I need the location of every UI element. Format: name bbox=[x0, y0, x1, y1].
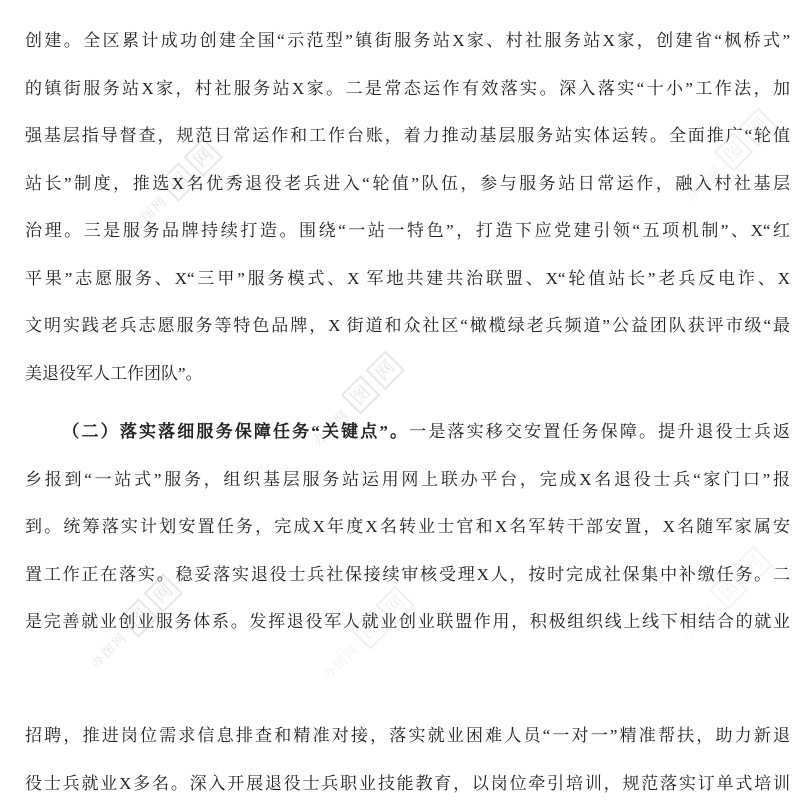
text-line: 是完善就业创业服务体系。发挥退役军人就业创业联盟作用，积极组织线上线下相结合的就… bbox=[25, 598, 790, 646]
paragraph-service-stations: 创建。全区累计成功创建全国“示范型”镇街服务站X家、村社服务站X家，创建省“枫桥… bbox=[25, 17, 790, 397]
section-heading-bold: （二）落实落细服务保障任务“关键点”。 bbox=[62, 422, 409, 441]
text-line: 美退役军人工作团队”。 bbox=[25, 350, 790, 398]
text-line: 役士兵就业X多名。深入开展退役士兵职业技能教育，以岗位牵引培训，规范落实订单式培… bbox=[25, 760, 790, 800]
text-line: 创建。全区累计成功创建全国“示范型”镇街服务站X家、村社服务站X家，创建省“枫桥… bbox=[25, 17, 790, 65]
text-line: 的镇街服务站X家，村社服务站X家。二是常态运作有效落实。深入落实“十小”工作法，… bbox=[25, 65, 790, 113]
text-line: 到。统筹落实计划安置任务，完成X年度X名转业士官和X名军转干部安置，X名随军家属… bbox=[25, 503, 790, 551]
paragraph-employment-continued: 招聘，推进岗位需求信息排查和精准对接，落实就业困难人员“一对一”精准帮扶，助力新… bbox=[25, 712, 790, 800]
text-line: 平果”志愿服务、X“三甲”服务模式、X 军地共建共治联盟、X“轮值站长”老兵反电… bbox=[25, 255, 790, 303]
text-line: 招聘，推进岗位需求信息排查和精准对接，落实就业困难人员“一对一”精准帮扶，助力新… bbox=[25, 712, 790, 760]
paragraph-service-guarantee: （二）落实落细服务保障任务“关键点”。一是落实移交安置任务保障。提升退役士兵返 … bbox=[25, 408, 790, 646]
text-line: 置工作正在落实。稳妥落实退役士兵社保接续审核受理X人，按时完成社保集中补缴任务。… bbox=[25, 551, 790, 599]
text-line: 文明实践老兵志愿服务等特色品牌，X 街道和众社区“橄榄绿老兵频道”公益团队获评市… bbox=[25, 302, 790, 350]
document-page: 创建。全区累计成功创建全国“示范型”镇街服务站X家、村社服务站X家，创建省“枫桥… bbox=[0, 0, 800, 800]
text-line: 站长”制度，推选X名优秀退役老兵进入“轮值”队伍，参与服务站日常运作，融入村社基… bbox=[25, 160, 790, 208]
text-line: 强基层指导督查，规范日常运作和工作台账，着力推动基层服务站实体运转。全面推广“轮… bbox=[25, 112, 790, 160]
text-line: （二）落实落细服务保障任务“关键点”。一是落实移交安置任务保障。提升退役士兵返 bbox=[25, 408, 790, 456]
text-line: 治理。三是服务品牌持续打造。围绕“一站一特色”，打造下应党建引领“五项机制”、X… bbox=[25, 207, 790, 255]
text-line: 乡报到“一站式”服务，组织基层服务站运用网上联办平台，完成X名退役士兵“家门口”… bbox=[25, 456, 790, 504]
text-run: 一是落实移交安置任务保障。提升退役士兵返 bbox=[409, 422, 790, 441]
